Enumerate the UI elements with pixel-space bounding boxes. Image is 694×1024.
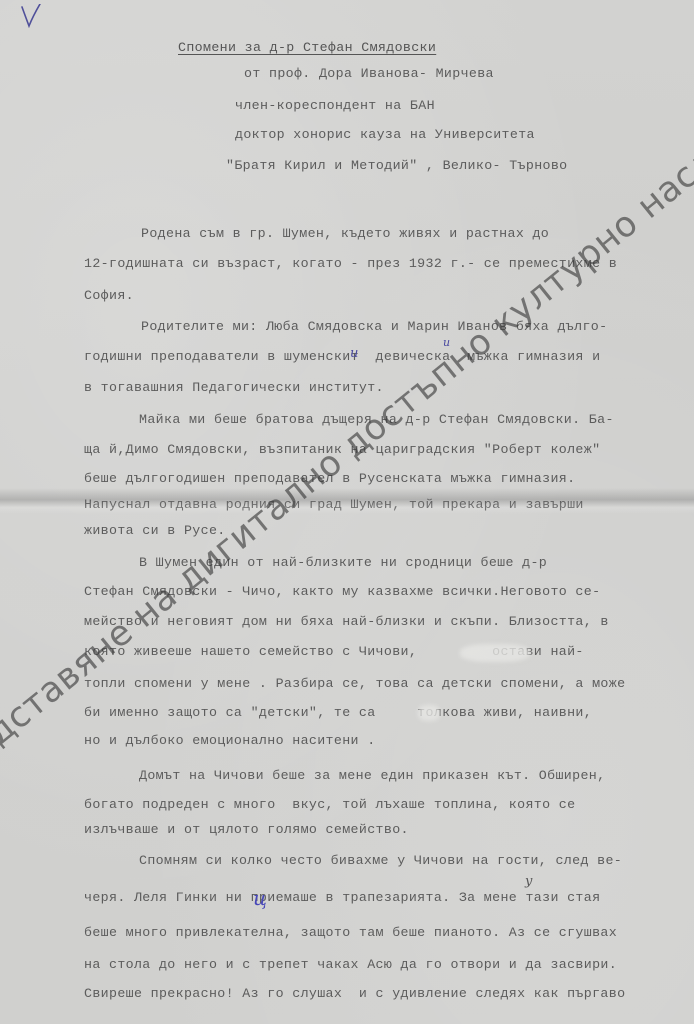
body-line: Родена съм в гр. Шумен, където живях и р… [141, 226, 549, 242]
body-line: в тогавашния Педагогически институт. [84, 380, 384, 396]
scanned-document-page: Спомени за д-р Стефан Смядовски от проф.… [0, 0, 694, 1024]
author-role-line-2: доктор хонорис кауза на Университета [235, 127, 535, 143]
body-line: живота си в Русе. [84, 523, 226, 539]
body-line: на стола до него и с трепет чаках Асю да… [84, 957, 617, 973]
body-line: Спомням си колко често бивахме у Чичови … [139, 853, 622, 869]
body-line: но и дълбоко емоционално наситени . [84, 733, 376, 749]
handwritten-correction: ц [253, 886, 267, 910]
document-title: Спомени за д-р Стефан Смядовски [178, 40, 436, 56]
body-line: мейство и неговият дом ни бяха най-близк… [84, 614, 609, 630]
body-line: излъчваше и от цялото голямо семейство. [84, 822, 409, 838]
body-line: черя. Леля Гинки ни приемаше в трапезари… [84, 890, 600, 906]
handwritten-correction: у [525, 874, 533, 889]
body-line: беше дългогодишен преподавател в Русенск… [84, 471, 575, 487]
body-line: В Шумен един от най-близките ни сродници… [139, 555, 547, 571]
author-role-line-1: член-кореспондент на БАН [235, 98, 435, 114]
author-role-line-3: "Братя Кирил и Методий" , Велико- Търнов… [226, 158, 568, 174]
body-line: 12-годишната си възраст, когато - през 1… [84, 256, 617, 272]
body-line: Напуснал отдавна родния си град Шумен, т… [84, 497, 584, 513]
body-line: Домът на Чичови беше за мене един приказ… [139, 768, 605, 784]
check-mark-icon [18, 4, 44, 28]
correction-fluid-patch [460, 644, 530, 662]
body-line: беше много привлекателна, защото там беш… [84, 925, 617, 941]
correction-fluid-patch [418, 705, 440, 721]
handwritten-correction: и [350, 346, 358, 361]
author-line: от проф. Дора Иванова- Мирчева [244, 66, 494, 82]
body-line: София. [84, 288, 134, 304]
body-line: богато подреден с много вкус, той лъхаше… [84, 797, 575, 813]
body-line: Стефан Смядовски - Чичо, както му казвах… [84, 584, 600, 600]
body-line: Майка ми беше братова дъщеря на д-р Стеф… [139, 412, 614, 428]
handwritten-correction: и [443, 336, 450, 349]
body-line: Родителите ми: Люба Смядовска и Марин Ив… [141, 319, 607, 335]
body-line: Свиреше прекрасно! Аз го слушах и с удив… [84, 986, 625, 1002]
body-line: топли спомени у мене . Разбира се, това … [84, 676, 625, 692]
body-line: годишни преподаватели в шуменскит девиче… [84, 349, 600, 365]
body-line: би именно защото са "детски", те са толк… [84, 705, 592, 721]
body-line: ща й,Димо Смядовски, възпитаник на цариг… [84, 442, 600, 458]
